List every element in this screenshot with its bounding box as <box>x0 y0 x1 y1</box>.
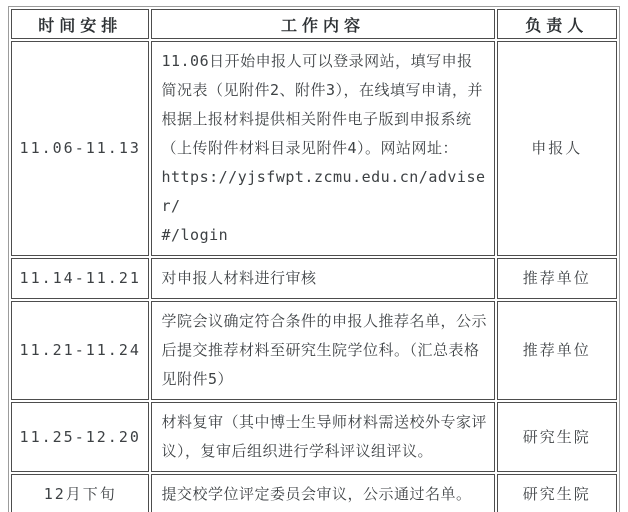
content-cell: 对申报人材料进行审核 <box>151 258 494 299</box>
table-row: 12月下旬提交校学位评定委员会审议，公示通过名单。研究生院 <box>11 474 617 512</box>
content-cell: 11.06日开始申报人可以登录网站，填写申报简况表（见附件2、附件3），在线填写… <box>151 41 494 256</box>
document-page: 时间安排 工作内容 负责人 11.06-11.1311.06日开始申报人可以登录… <box>0 0 628 512</box>
content-cell: 材料复审（其中博士生导师材料需送校外专家评议），复审后组织进行学科评议组评议。 <box>151 402 494 472</box>
owner-cell: 推荐单位 <box>497 258 617 299</box>
schedule-table-body: 11.06-11.1311.06日开始申报人可以登录网站，填写申报简况表（见附件… <box>11 41 617 512</box>
header-cell-time: 时间安排 <box>11 9 149 39</box>
header-cell-work-content: 工作内容 <box>151 9 494 39</box>
time-cell: 11.21-11.24 <box>11 301 149 400</box>
content-cell: 学院会议确定符合条件的申报人推荐名单，公示后提交推荐材料至研究生院学位科。（汇总… <box>151 301 494 400</box>
header-cell-owner: 负责人 <box>497 9 617 39</box>
owner-cell: 申报人 <box>497 41 617 256</box>
content-cell: 提交校学位评定委员会审议，公示通过名单。 <box>151 474 494 512</box>
owner-cell: 研究生院 <box>497 402 617 472</box>
table-row: 11.06-11.1311.06日开始申报人可以登录网站，填写申报简况表（见附件… <box>11 41 617 256</box>
table-row: 11.14-11.21对申报人材料进行审核推荐单位 <box>11 258 617 299</box>
header-row: 时间安排 工作内容 负责人 <box>11 9 617 39</box>
time-cell: 12月下旬 <box>11 474 149 512</box>
owner-cell: 推荐单位 <box>497 301 617 400</box>
time-cell: 11.25-12.20 <box>11 402 149 472</box>
table-row: 11.21-11.24学院会议确定符合条件的申报人推荐名单，公示后提交推荐材料至… <box>11 301 617 400</box>
time-cell: 11.06-11.13 <box>11 41 149 256</box>
owner-cell: 研究生院 <box>497 474 617 512</box>
schedule-table: 时间安排 工作内容 负责人 11.06-11.1311.06日开始申报人可以登录… <box>8 6 620 512</box>
time-cell: 11.14-11.21 <box>11 258 149 299</box>
schedule-table-header: 时间安排 工作内容 负责人 <box>11 9 617 39</box>
table-row: 11.25-12.20材料复审（其中博士生导师材料需送校外专家评议），复审后组织… <box>11 402 617 472</box>
